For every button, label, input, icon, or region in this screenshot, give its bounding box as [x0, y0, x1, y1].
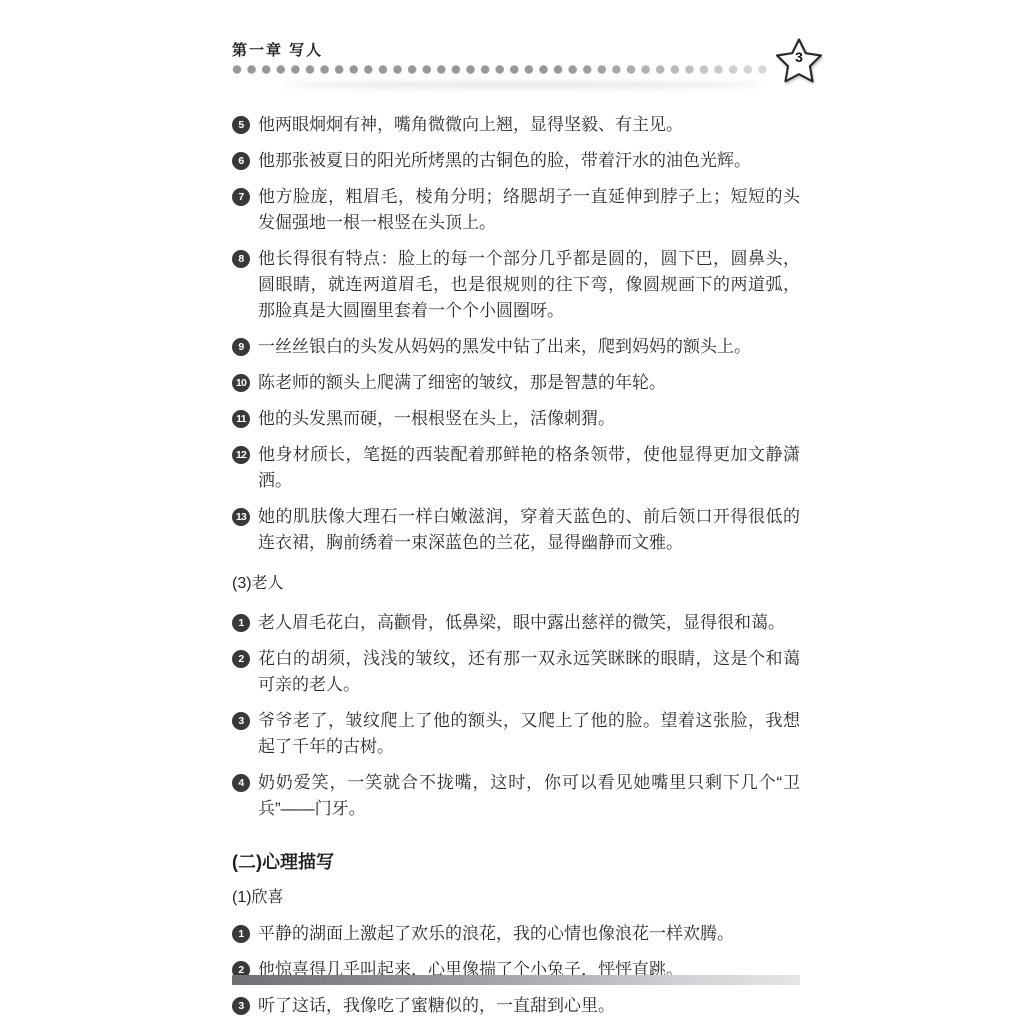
item-text: 他的头发黑而硬，一根根竖在头上，活像刺猬。	[258, 409, 615, 428]
list-item: 13 她的肌肤像大理石一样白嫩滋润，穿着天蓝色的、前后领口开得很低的连衣裙，胸前…	[232, 504, 800, 556]
item-number-badge: 9	[232, 338, 250, 356]
list-item: 1 平静的湖面上激起了欢乐的浪花，我的心情也像浪花一样欢腾。	[232, 921, 800, 947]
heading-joy: (1)欣喜	[232, 887, 800, 909]
item-text: 他两眼炯炯有神，嘴角微微向上翘，显得坚毅、有主见。	[258, 115, 683, 134]
item-text: 老人眉毛花白，高颧骨，低鼻梁，眼中露出慈祥的微笑，显得很和蔼。	[258, 613, 785, 632]
item-text: 她的肌肤像大理石一样白嫩滋润，穿着天蓝色的、前后领口开得很低的连衣裙，胸前绣着一…	[258, 507, 800, 552]
appearance-example-list: 5 他两眼炯炯有神，嘴角微微向上翘，显得坚毅、有主见。 6 他那张被夏日的阳光所…	[232, 112, 800, 556]
item-number-badge: 2	[232, 650, 250, 668]
elderly-example-list: 1 老人眉毛花白，高颧骨，低鼻梁，眼中露出慈祥的微笑，显得很和蔼。 2 花白的胡…	[232, 610, 800, 822]
item-number-badge: 12	[232, 446, 250, 464]
list-item: 3 听了这话，我像吃了蜜糖似的，一直甜到心里。	[232, 993, 800, 1019]
list-item: 6 他那张被夏日的阳光所烤黑的古铜色的脸，带着汗水的油色光辉。	[232, 148, 800, 174]
item-text: 一丝丝银白的头发从妈妈的黑发中钻了出来，爬到妈妈的额头上。	[258, 337, 751, 356]
page-number: 3	[772, 49, 826, 65]
list-item: 5 他两眼炯炯有神，嘴角微微向上翘，显得坚毅、有主见。	[232, 112, 800, 138]
item-text: 花白的胡须，浅浅的皱纹，还有那一双永远笑眯眯的眼睛，这是个和蔼可亲的老人。	[258, 649, 800, 694]
list-item: 10 陈老师的额头上爬满了细密的皱纹，那是智慧的年轮。	[232, 370, 800, 396]
item-text: 奶奶爱笑，一笑就合不拢嘴，这时，你可以看见她嘴里只剩下几个“卫兵”——门牙。	[258, 773, 800, 818]
list-item: 4 奶奶爱笑，一笑就合不拢嘴，这时，你可以看见她嘴里只剩下几个“卫兵”——门牙。	[232, 770, 800, 822]
item-number-badge: 1	[232, 614, 250, 632]
book-page: 第一章 写人 3 5 他两眼炯炯有神，嘴角微微向上翘，显得坚毅、有主见。 6 他…	[0, 0, 1024, 1024]
item-number-badge: 3	[232, 712, 250, 730]
list-item: 2 花白的胡须，浅浅的皱纹，还有那一双永远笑眯眯的眼睛，这是个和蔼可亲的老人。	[232, 646, 800, 698]
item-text: 他长得很有特点：脸上的每一个部分几乎都是圆的，圆下巴，圆鼻头，圆眼睛，就连两道眉…	[258, 249, 800, 320]
chapter-title: 第一章 写人	[232, 42, 800, 60]
heading-elderly: (3)老人	[232, 573, 800, 595]
list-item: 8 他长得很有特点：脸上的每一个部分几乎都是圆的，圆下巴，圆鼻头，圆眼睛，就连两…	[232, 246, 800, 324]
divider-shadow	[284, 82, 760, 88]
item-text: 他方脸庞，粗眉毛，棱角分明；络腮胡子一直延伸到脖子上；短短的头发倔强地一根一根竖…	[258, 187, 800, 232]
item-number-badge: 7	[232, 188, 250, 206]
item-text: 陈老师的额头上爬满了细密的皱纹，那是智慧的年轮。	[258, 373, 666, 392]
item-text: 平静的湖面上激起了欢乐的浪花，我的心情也像浪花一样欢腾。	[258, 924, 734, 943]
dotted-divider	[232, 64, 768, 75]
item-number-badge: 11	[232, 410, 250, 428]
page-number-badge: 3	[772, 36, 826, 90]
page-header: 第一章 写人 3	[232, 42, 800, 88]
footer-divider-bar	[232, 975, 800, 985]
item-number-badge: 3	[232, 997, 250, 1015]
item-text: 他身材颀长，笔挺的西装配着那鲜艳的格条领带，使他显得更加文静潇洒。	[258, 445, 800, 490]
joy-example-list: 1 平静的湖面上激起了欢乐的浪花，我的心情也像浪花一样欢腾。 2 他惊喜得几乎叫…	[232, 921, 800, 1019]
list-item: 9 一丝丝银白的头发从妈妈的黑发中钻了出来，爬到妈妈的额头上。	[232, 334, 800, 360]
list-item: 7 他方脸庞，粗眉毛，棱角分明；络腮胡子一直延伸到脖子上；短短的头发倔强地一根一…	[232, 184, 800, 236]
item-number-badge: 6	[232, 152, 250, 170]
item-text: 爷爷老了，皱纹爬上了他的额头，又爬上了他的脸。望着这张脸，我想起了千年的古树。	[258, 711, 800, 756]
item-number-badge: 5	[232, 116, 250, 134]
heading-psychology: (二)心理描写	[232, 850, 800, 874]
item-text: 他那张被夏日的阳光所烤黑的古铜色的脸，带着汗水的油色光辉。	[258, 151, 751, 170]
item-text: 听了这话，我像吃了蜜糖似的，一直甜到心里。	[258, 996, 615, 1015]
list-item: 3 爷爷老了，皱纹爬上了他的额头，又爬上了他的脸。望着这张脸，我想起了千年的古树…	[232, 708, 800, 760]
item-number-badge: 4	[232, 774, 250, 792]
item-number-badge: 10	[232, 374, 250, 392]
list-item: 11 他的头发黑而硬，一根根竖在头上，活像刺猬。	[232, 406, 800, 432]
page-content: 第一章 写人 3 5 他两眼炯炯有神，嘴角微微向上翘，显得坚毅、有主见。 6 他…	[232, 42, 800, 1024]
list-item: 12 他身材颀长，笔挺的西装配着那鲜艳的格条领带，使他显得更加文静潇洒。	[232, 442, 800, 494]
item-number-badge: 8	[232, 250, 250, 268]
item-number-badge: 1	[232, 925, 250, 943]
item-number-badge: 13	[232, 508, 250, 526]
list-item: 1 老人眉毛花白，高颧骨，低鼻梁，眼中露出慈祥的微笑，显得很和蔼。	[232, 610, 800, 636]
